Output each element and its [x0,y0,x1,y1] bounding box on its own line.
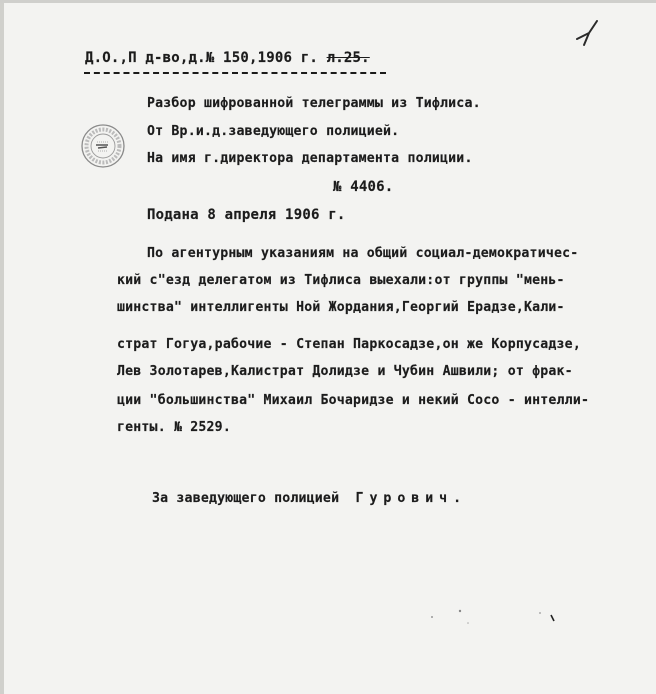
body-line: шинства" интеллигенты Ной Жордания,Георг… [117,300,565,315]
round-archive-stamp-icon [80,123,126,169]
document-page: Д.О.,П д-во,д.№ 150,1906 г. л.25. Разбор… [0,0,656,694]
header-line-to: На имя г.директора департамента полиции. [147,151,473,166]
body-line: кий с"езд делегатом из Тифлиса выехали:о… [117,273,565,288]
body-line: По агентурным указаниям на общий социал-… [147,246,578,261]
date-line: Подана 8 апреля 1906 г. [147,207,345,223]
page-edge [0,3,4,694]
handwritten-page-number-icon [575,17,607,49]
body-line: генты. № 2529. [117,420,231,435]
document-number: № 4406. [333,179,393,195]
signature-prefix: За заведующего полицией [152,491,356,506]
reference-underline [84,72,386,74]
signature-name: Гурович. [356,491,468,506]
paper-specks [420,603,570,643]
body-line: Лев Золотарев,Калистрат Долидзе и Чубин … [117,364,573,379]
signature-line: За заведующего полицией Гурович. [152,491,467,506]
reference-text: Д.О.,П д-во,д.№ 150,1906 г. [85,50,327,66]
body-line: страт Гогуа,рабочие - Степан Паркосадзе,… [117,337,581,352]
header-line-decoding: Разбор шифрованной телеграммы из Тифлиса… [147,96,481,111]
body-line: ции "большинства" Михаил Бочаридзе и нек… [117,393,589,408]
archive-reference: Д.О.,П д-во,д.№ 150,1906 г. л.25. [85,50,370,66]
header-line-from: От Вр.и.д.заведующего полицией. [147,124,399,139]
reference-struck-text: л.25. [327,50,370,66]
